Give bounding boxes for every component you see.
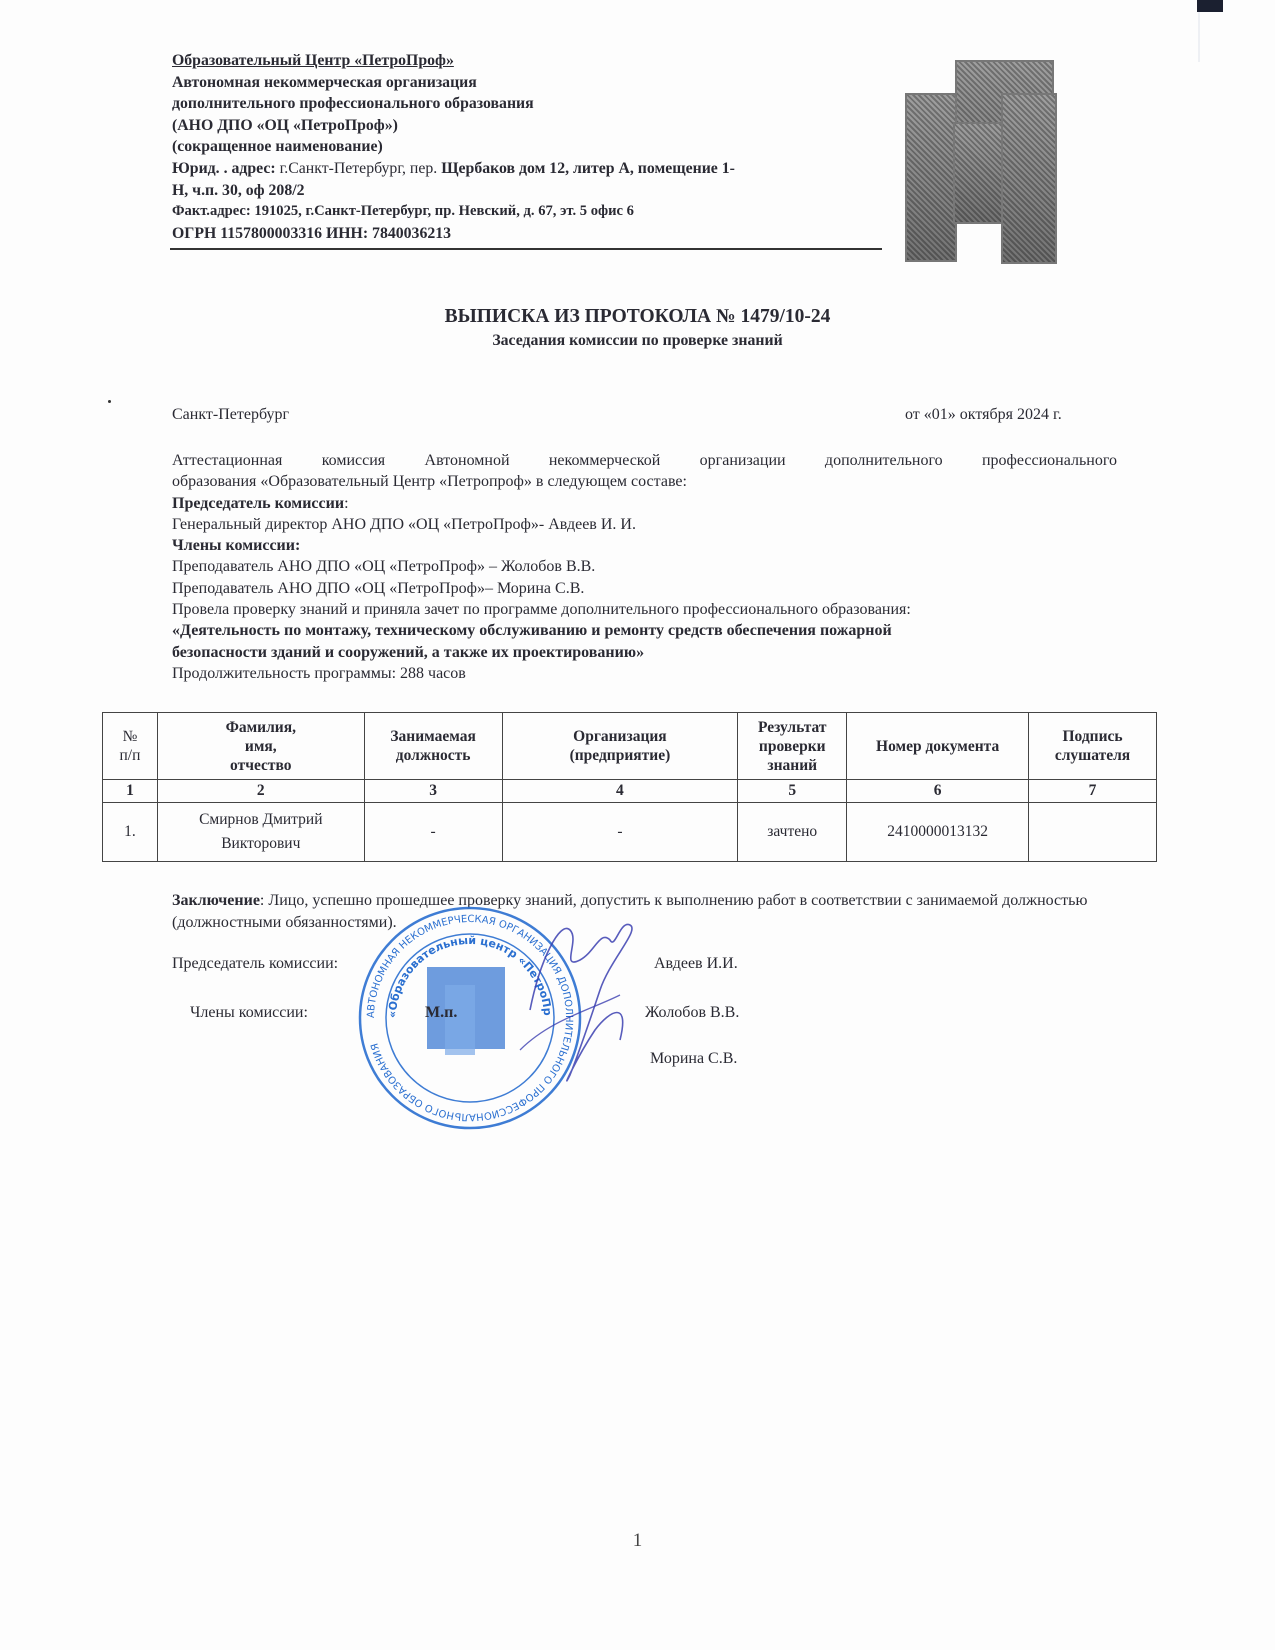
col-header: Результат проверки знаний <box>738 713 847 780</box>
city-collage-logo-icon <box>905 60 1055 260</box>
col-header: Организация (предприятие) <box>502 713 738 780</box>
col-header: Номер документа <box>847 713 1029 780</box>
col-header-text: Занимаемая должность <box>390 728 475 764</box>
table-header-row: № п/п Фамилия, имя, отчество Занимаемая … <box>103 713 1157 780</box>
cell-signature <box>1029 803 1157 862</box>
legal-address-street: Щербаков дом 12, литер А, помещение 1- <box>441 160 735 177</box>
org-line: (сокращенное наименование) <box>172 136 892 158</box>
legal-address-label: Юрид. . адрес: <box>172 160 276 177</box>
document-title: ВЫПИСКА ИЗ ПРОТОКОЛА № 1479/10-24 <box>0 306 1275 328</box>
chair-signature-name: Авдеев И.И. <box>654 955 738 973</box>
org-line: Автономная некоммерческая организация <box>172 72 892 94</box>
col-header: Фамилия, имя, отчество <box>157 713 364 780</box>
column-number: 2 <box>157 780 364 803</box>
cell-document-number: 2410000013132 <box>847 803 1029 862</box>
signature-scribble-icon <box>500 900 660 1100</box>
program-name-line: «Деятельность по монтажу, техническому о… <box>172 622 892 639</box>
member-signature-name: Жолобов В.В. <box>645 1004 739 1022</box>
col-header-text: Подпись слушателя <box>1055 728 1130 764</box>
city: Санкт-Петербург <box>172 406 289 424</box>
chair-signature-label: Председатель комиссии: <box>172 955 338 973</box>
column-number: 4 <box>502 780 738 803</box>
program-name-line: безопасности зданий и сооружений, а такж… <box>172 644 644 661</box>
col-header: Подпись слушателя <box>1029 713 1157 780</box>
chair-colon: : <box>344 495 348 512</box>
chair-heading: Председатель комиссии: <box>172 493 1117 514</box>
org-header: Образовательный Центр «ПетроПроф» Автоно… <box>172 50 892 244</box>
program-intro: Провела проверку знаний и приняла зачет … <box>172 599 1117 620</box>
actual-address: Факт.адрес: 191025, г.Санкт-Петербург, п… <box>172 201 892 223</box>
document-date: от «01» октября 2024 г. <box>905 406 1062 424</box>
header-divider <box>170 248 882 250</box>
cell-index: 1. <box>103 803 158 862</box>
legal-address: Юрид. . адрес: г.Санкт-Петербург, пер. Щ… <box>172 158 892 180</box>
conclusion-label: Заключение <box>172 892 260 909</box>
legal-address-city: г.Санкт-Петербург, пер. <box>280 160 438 177</box>
column-number-row: 1 2 3 4 5 6 7 <box>103 780 1157 803</box>
document-subtitle: Заседания комиссии по проверке знаний <box>0 332 1275 350</box>
members-heading-text: Члены комиссии: <box>172 537 300 554</box>
page-number: 1 <box>0 1530 1275 1552</box>
members-heading: Члены комиссии: <box>172 535 1117 556</box>
column-number: 7 <box>1029 780 1157 803</box>
legal-address-cont: Н, ч.п. 30, оф 208/2 <box>172 180 892 202</box>
program-name-cont: безопасности зданий и сооружений, а такж… <box>172 642 1117 663</box>
member-line: Преподаватель АНО ДПО «ОЦ «ПетроПроф» – … <box>172 556 1117 577</box>
seal-label: М.п. <box>425 1004 457 1022</box>
scan-artifact-line <box>1198 12 1200 62</box>
cell-organization: - <box>502 803 738 862</box>
cell-position: - <box>364 803 502 862</box>
org-short-title: Образовательный Центр «ПетроПроф» <box>172 50 892 72</box>
col-header-text: № п/п <box>120 728 141 764</box>
col-header-text: Номер документа <box>876 738 999 755</box>
org-line: (АНО ДПО «ОЦ «ПетроПроф») <box>172 115 892 137</box>
column-number: 6 <box>847 780 1029 803</box>
program-duration: Продолжительность программы: 288 часов <box>172 663 1117 684</box>
registration-numbers: ОГРН 1157800003316 ИНН: 7840036213 <box>172 223 892 245</box>
intro-text: Аттестационная комиссия Автономной неком… <box>172 450 1117 471</box>
table-row: 1. Смирнов Дмитрий Викторович - - зачтен… <box>103 803 1157 862</box>
column-number: 5 <box>738 780 847 803</box>
scan-speck <box>108 400 111 403</box>
chair-heading-text: Председатель комиссии <box>172 495 344 512</box>
scan-artifact <box>1197 0 1223 12</box>
member-signature-name: Морина С.В. <box>650 1050 737 1068</box>
column-number: 1 <box>103 780 158 803</box>
members-signature-label: Члены комиссии: <box>190 1004 308 1022</box>
column-number: 3 <box>364 780 502 803</box>
cell-result: зачтено <box>738 803 847 862</box>
member-line: Преподаватель АНО ДПО «ОЦ «ПетроПроф»– М… <box>172 578 1117 599</box>
cell-full-name: Смирнов Дмитрий Викторович <box>157 803 364 862</box>
col-header: № п/п <box>103 713 158 780</box>
results-table: № п/п Фамилия, имя, отчество Занимаемая … <box>102 712 1157 862</box>
col-header-text: Результат проверки знаний <box>758 719 826 774</box>
program-name: «Деятельность по монтажу, техническому о… <box>172 620 1117 641</box>
intro-text-cont: образования «Образовательный Центр «Петр… <box>172 471 1117 492</box>
chair-line: Генеральный директор АНО ДПО «ОЦ «ПетроП… <box>172 514 1117 535</box>
commission-body: Аттестационная комиссия Автономной неком… <box>172 450 1117 684</box>
col-header: Занимаемая должность <box>364 713 502 780</box>
col-header-text: Организация (предприятие) <box>570 728 671 764</box>
org-line: дополнительного профессионального образо… <box>172 93 892 115</box>
col-header-text: Фамилия, имя, отчество <box>226 719 296 774</box>
